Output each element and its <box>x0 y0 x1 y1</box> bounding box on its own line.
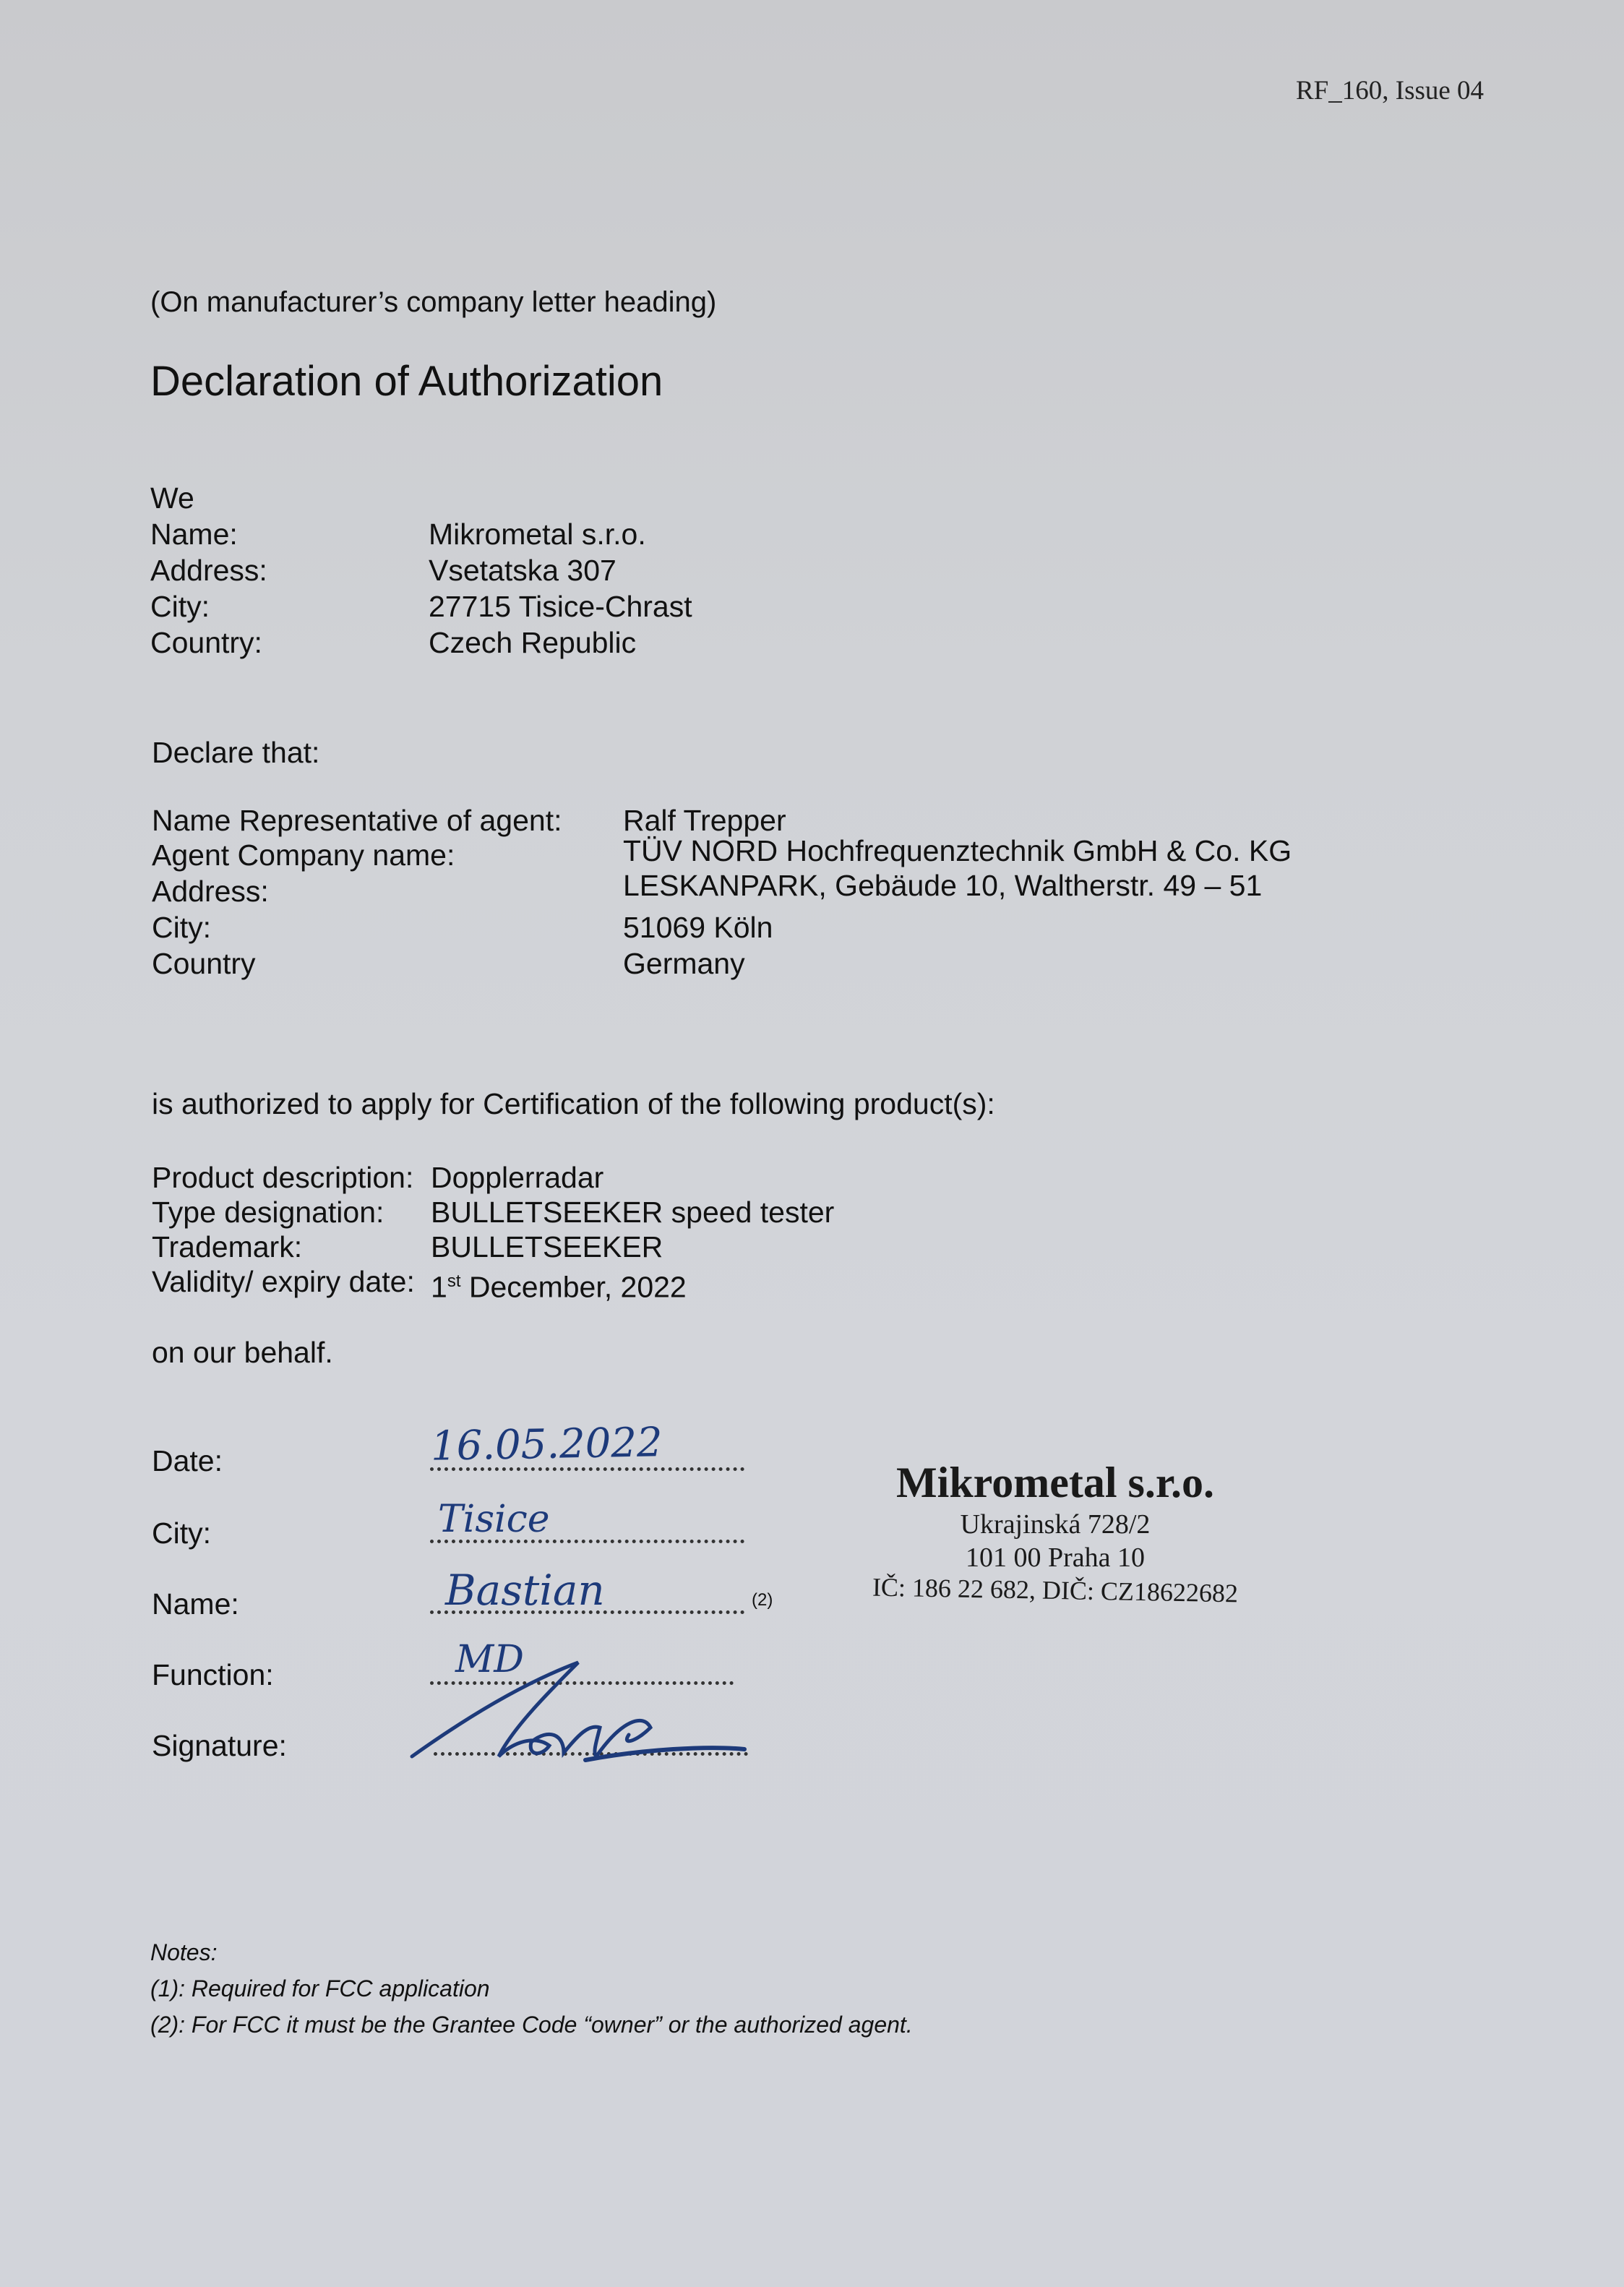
agent-company-value: TÜV NORD Hochfrequenztechnik GmbH & Co. … <box>623 833 1292 869</box>
city-handwritten: Tisice <box>438 1498 550 1541</box>
manufacturer-name-value: Mikrometal s.r.o. <box>429 516 646 552</box>
agent-country-label: Country <box>152 945 256 982</box>
date-label: Date: <box>152 1443 223 1479</box>
stamp-city: 101 00 Praha 10 <box>860 1541 1250 1574</box>
validity-value: 1st December, 2022 <box>431 1263 687 1305</box>
manufacturer-block: We <box>150 480 194 516</box>
stamp-company-name: Mikrometal s.r.o. <box>860 1457 1250 1508</box>
validity-rest: December, 2022 <box>460 1271 686 1304</box>
manufacturer-address-label: Address: <box>150 552 267 588</box>
function-label: Function: <box>152 1657 274 1693</box>
behalf-text: on our behalf. <box>152 1334 333 1370</box>
signature-scribble <box>405 1655 766 1771</box>
name-footnote-marker: (2) <box>752 1590 773 1610</box>
document-reference: RF_160, Issue 04 <box>1296 75 1484 106</box>
type-designation-label: Type designation: <box>152 1194 384 1230</box>
agent-address-label: Address: <box>152 873 269 909</box>
type-designation-value: BULLETSEEKER speed tester <box>431 1194 834 1230</box>
product-description-value: Dopplerradar <box>431 1159 603 1196</box>
stamp-ids: IČ: 186 22 682, DIČ: CZ18622682 <box>860 1571 1251 1609</box>
document-title: Declaration of Authorization <box>150 357 663 406</box>
manufacturer-name-label: Name: <box>150 516 238 552</box>
agent-rep-label: Name Representative of agent: <box>152 802 562 838</box>
note-1: (1): Required for FCC application <box>150 1970 913 2007</box>
authorization-statement: is authorized to apply for Certification… <box>152 1086 995 1122</box>
manufacturer-country-value: Czech Republic <box>429 625 636 661</box>
name-handwritten: Bastian <box>445 1566 605 1615</box>
stamp-street: Ukrajinská 728/2 <box>860 1508 1250 1541</box>
agent-fields: Name Representative of agent:Ralf Treppe… <box>152 802 1380 990</box>
name-label: Name: <box>152 1586 239 1622</box>
note-2: (2): For FCC it must be the Grantee Code… <box>150 2007 913 2043</box>
agent-country-value: Germany <box>623 945 745 982</box>
declare-label: Declare that: <box>152 734 319 771</box>
company-stamp: Mikrometal s.r.o. Ukrajinská 728/2 101 0… <box>860 1457 1250 1606</box>
notes-heading: Notes: <box>150 1934 913 1970</box>
validity-label: Validity/ expiry date: <box>152 1263 415 1300</box>
agent-address-value: LESKANPARK, Gebäude 10, Waltherstr. 49 –… <box>623 867 1262 904</box>
validity-day-suffix: st <box>447 1271 461 1291</box>
notes-section: Notes: (1): Required for FCC application… <box>150 1934 913 2043</box>
validity-day: 1 <box>431 1271 447 1304</box>
agent-city-value: 51069 Köln <box>623 909 773 945</box>
manufacturer-address-value: Vsetatska 307 <box>429 552 616 588</box>
manufacturer-country-label: Country: <box>150 625 262 661</box>
product-fields: Product description:Dopplerradar Type de… <box>152 1159 1091 1304</box>
trademark-value: BULLETSEEKER <box>431 1229 663 1265</box>
product-description-label: Product description: <box>152 1159 413 1196</box>
agent-city-label: City: <box>152 909 211 945</box>
manufacturer-city-value: 27715 Tisice-Chrast <box>429 588 692 625</box>
date-handwritten: 16.05.2022 <box>430 1419 663 1470</box>
city-label: City: <box>152 1515 211 1551</box>
manufacturer-fields: Name:Mikrometal s.r.o. Address:Vsetatska… <box>150 516 801 668</box>
signature-label: Signature: <box>152 1728 287 1764</box>
we-label: We <box>150 480 194 516</box>
manufacturer-city-label: City: <box>150 588 210 625</box>
letterhead-note: (On manufacturer’s company letter headin… <box>150 286 716 319</box>
agent-company-label: Agent Company name: <box>152 837 455 873</box>
trademark-label: Trademark: <box>152 1229 302 1265</box>
